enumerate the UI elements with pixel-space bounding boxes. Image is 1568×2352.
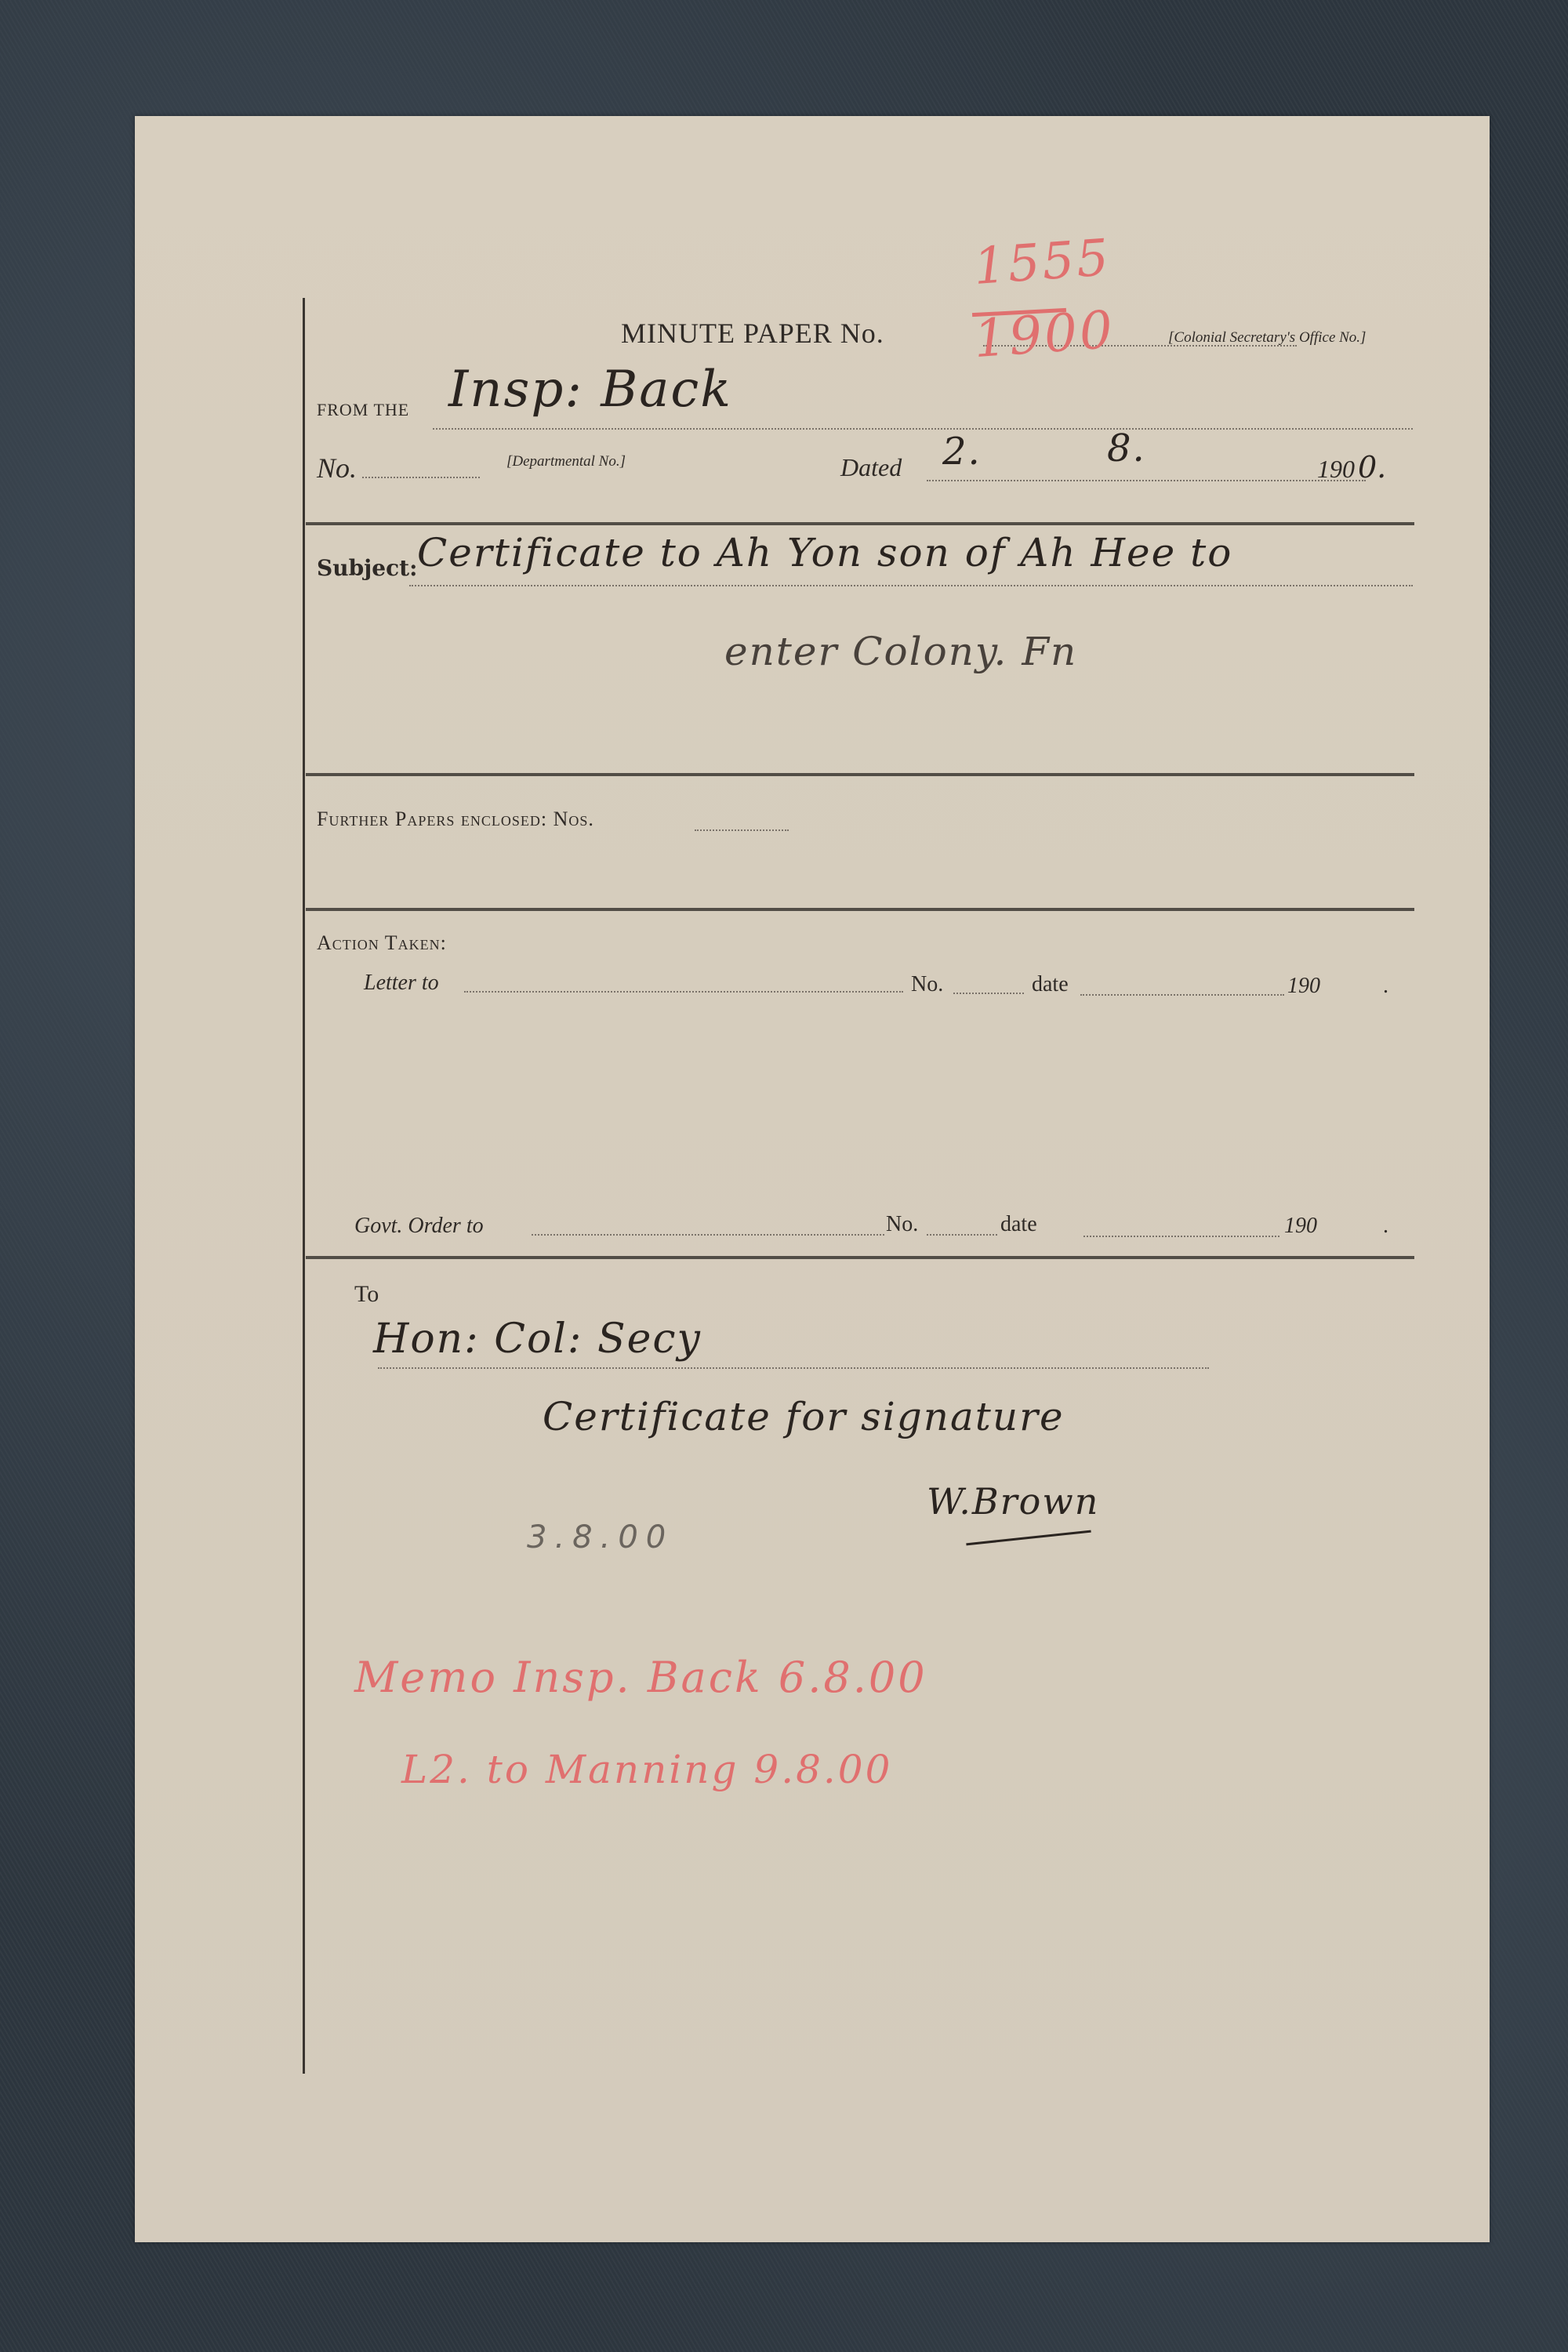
- subject-line2-handwritten: enter Colony. Fn: [724, 629, 1077, 674]
- letter-date-label: date: [1032, 972, 1069, 997]
- divider-subject-top: [306, 522, 1414, 525]
- letter-to-dotted-line: [464, 991, 903, 993]
- govt-order-label: Govt. Order to: [354, 1214, 484, 1239]
- govt-year-end: .: [1383, 1214, 1388, 1239]
- divider-further-papers-top: [306, 773, 1414, 776]
- further-papers-dotted-line: [695, 829, 789, 831]
- to-dotted-line: [378, 1367, 1209, 1369]
- departmental-note: [Departmental No.]: [506, 453, 626, 470]
- minute-paper-sheet: MINUTE PAPER No. 1555 1900 [Colonial Sec…: [135, 116, 1490, 2242]
- from-label: From the: [317, 400, 409, 420]
- dated-year-handwritten-digit: 0.: [1358, 450, 1386, 485]
- dated-label: Dated: [840, 453, 902, 482]
- no-label: No.: [317, 452, 357, 485]
- subject-label: Subject:: [317, 555, 417, 581]
- red-annotation-line1: Memo Insp. Back 6.8.00: [354, 1653, 927, 1702]
- govt-order-dotted-line: [532, 1234, 884, 1236]
- from-value-handwritten: Insp: Back: [448, 361, 732, 419]
- to-note-handwritten: Certificate for signature: [543, 1394, 1065, 1439]
- divider-action-taken-top: [306, 908, 1414, 911]
- divider-to-top: [306, 1256, 1414, 1259]
- to-addressee-handwritten: Hon: Col: Secy: [373, 1316, 702, 1363]
- letter-year-end: .: [1383, 974, 1388, 999]
- letter-date-dotted-line: [1080, 994, 1284, 996]
- from-dotted-line: [433, 428, 1413, 430]
- subject-dotted-line: [409, 585, 1413, 586]
- colonial-office-note: [Colonial Secretary's Office No.]: [1168, 329, 1366, 347]
- letter-to-label: Letter to: [364, 971, 439, 996]
- signature-flourish: [966, 1530, 1091, 1546]
- form-title: MINUTE PAPER No.: [621, 317, 884, 350]
- further-papers-label: Further Papers enclosed: Nos.: [317, 808, 594, 831]
- departmental-no-dotted-line: [362, 477, 480, 478]
- letter-year-label: 190: [1287, 974, 1320, 999]
- signature-handwritten: W.Brown: [927, 1480, 1099, 1523]
- govt-year-label: 190: [1284, 1214, 1317, 1239]
- to-label: To: [354, 1281, 379, 1308]
- letter-no-label: No.: [911, 972, 943, 997]
- pencil-date: 3.8.00: [527, 1519, 673, 1555]
- red-annotation-line2: L2. to Manning 9.8.00: [401, 1747, 892, 1792]
- dated-month-handwritten: 8.: [1107, 426, 1146, 470]
- dated-year-printed: 190: [1317, 455, 1355, 484]
- minute-number-handwritten: 1555: [972, 229, 1113, 296]
- minute-year-handwritten: 1900: [972, 299, 1117, 369]
- govt-date-label: date: [1000, 1212, 1037, 1237]
- dated-dotted-line: [927, 480, 1366, 481]
- subject-line1-handwritten: Certificate to Ah Yon son of Ah Hee to: [417, 530, 1232, 575]
- left-margin-rule: [303, 298, 305, 2074]
- govt-date-dotted-line: [1083, 1236, 1279, 1237]
- action-taken-label: Action Taken:: [317, 931, 447, 955]
- dated-day-handwritten: 2.: [942, 430, 982, 474]
- letter-no-dotted-line: [953, 993, 1024, 994]
- govt-no-dotted-line: [927, 1234, 997, 1236]
- govt-no-label: No.: [886, 1212, 918, 1237]
